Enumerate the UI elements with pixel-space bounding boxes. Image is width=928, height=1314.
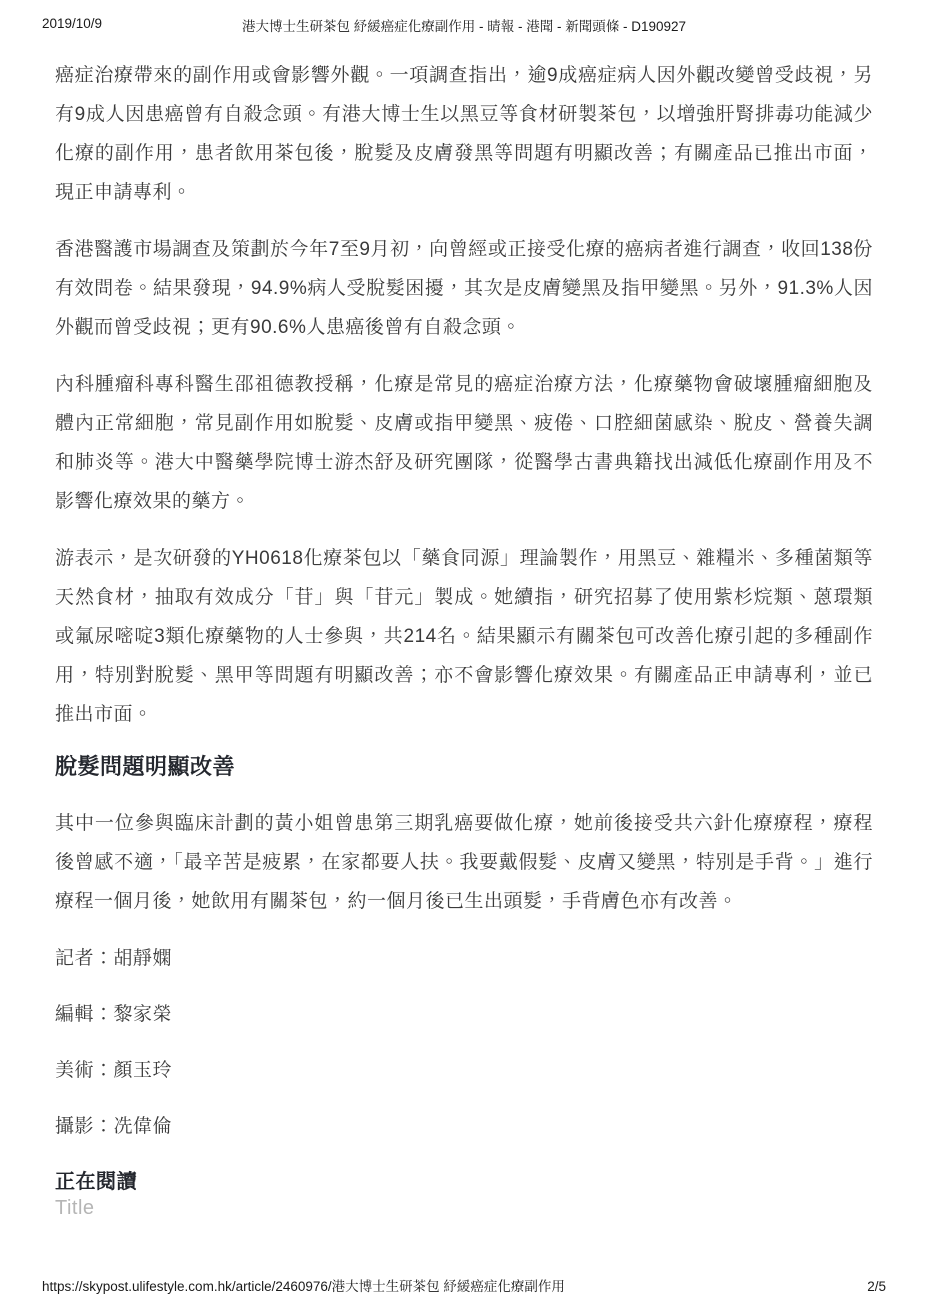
now-reading-title-placeholder: Title bbox=[55, 1195, 873, 1222]
print-page: 2019/10/9 港大博士生研茶包 紓緩癌症化療副作用 - 晴報 - 港聞 -… bbox=[0, 0, 928, 1314]
page-number: 2/5 bbox=[867, 1279, 886, 1294]
now-reading-block: 正在閱讀 Title bbox=[55, 1170, 873, 1222]
article-paragraph: 香港醫護市場調查及策劃於今年7至9月初，向曾經或正接受化療的癌病者進行調查，收回… bbox=[55, 230, 873, 347]
source-url: https://skypost.ulifestyle.com.hk/articl… bbox=[42, 1275, 565, 1295]
article-paragraph: 癌症治療帶來的副作用或會影響外觀。一項調查指出，逾9成癌症病人因外觀改變曾受歧視… bbox=[55, 56, 873, 212]
article-paragraph: 游表示，是次研發的YH0618化療茶包以「藥食同源」理論製作，用黑豆、雜糧米、多… bbox=[55, 539, 873, 734]
article-paragraph: 內科腫瘤科專科醫生邵祖德教授稱，化療是常見的癌症治療方法，化療藥物會破壞腫瘤細胞… bbox=[55, 365, 873, 521]
credit-photo: 攝影：冼偉倫 bbox=[55, 1107, 873, 1146]
document-title: 港大博士生研茶包 紓緩癌症化療副作用 - 晴報 - 港聞 - 新聞頭條 - D1… bbox=[42, 15, 886, 35]
credit-art: 美術：顏玉玲 bbox=[55, 1051, 873, 1090]
now-reading-label: 正在閱讀 bbox=[55, 1170, 873, 1195]
print-date: 2019/10/9 bbox=[42, 16, 102, 31]
print-footer: https://skypost.ulifestyle.com.hk/articl… bbox=[42, 1275, 886, 1295]
article-paragraph: 其中一位參與臨床計劃的黃小姐曾患第三期乳癌要做化療，她前後接受共六針化療療程，療… bbox=[55, 804, 873, 921]
credit-editor: 編輯：黎家榮 bbox=[55, 995, 873, 1034]
credit-reporter: 記者：胡靜嫻 bbox=[55, 939, 873, 978]
print-header: 2019/10/9 港大博士生研茶包 紓緩癌症化療副作用 - 晴報 - 港聞 -… bbox=[42, 15, 886, 33]
article-subheading: 脫髮問題明顯改善 bbox=[55, 752, 873, 782]
article-body: 癌症治療帶來的副作用或會影響外觀。一項調查指出，逾9成癌症病人因外觀改變曾受歧視… bbox=[55, 56, 873, 1222]
